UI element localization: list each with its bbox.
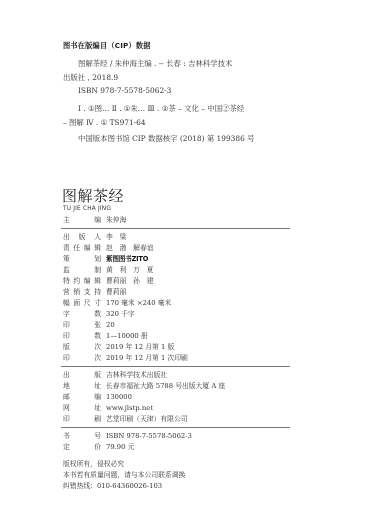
row-value: 320 千字 xyxy=(106,309,135,319)
row-label: 印 刷 xyxy=(63,414,101,424)
row-value: 曹莉丽 xyxy=(106,287,126,297)
row-value: 吉林科学技术出版社 xyxy=(106,370,167,380)
copyright-notice: 版权所有，侵权必究 xyxy=(63,458,124,468)
row-value: 2019 年 12 月第 1 版 xyxy=(106,342,174,352)
row-label: 网 址 xyxy=(63,403,101,413)
cip-classification-line: Ⅰ . ①图… Ⅱ . ①朱… Ⅲ . ①茶 – 文化 – 中国②茶经 xyxy=(78,103,244,114)
cip-heading: 图书在版编目（CIP）数据 xyxy=(63,41,151,51)
credit-row: 出 版 人李 梁 xyxy=(63,232,126,242)
row-label: 策 划 xyxy=(63,254,101,264)
cip-line: ISBN 978-7-5578-5062-3 xyxy=(78,86,171,95)
credit-row: 特约编辑曹莉丽 孙 建 xyxy=(63,276,154,286)
row-label: 书 号 xyxy=(63,431,101,441)
row-label: 幅面尺寸 xyxy=(63,298,101,308)
credit-row: 责任编辑赵 渤 解春谊 xyxy=(63,243,154,253)
row-label: 邮 编 xyxy=(63,392,101,402)
divider xyxy=(61,427,290,428)
website-value: www.jlstp.net xyxy=(106,403,153,413)
row-value: 长春市福祉大路 5788 号出版大厦 A 座 xyxy=(106,381,225,391)
row-value: 20 xyxy=(106,320,115,330)
row-value: 130000 xyxy=(106,392,132,402)
row-label: 责任编辑 xyxy=(63,243,101,253)
isbn-row: 书 号ISBN 978-7-5578-5062-3 xyxy=(63,431,192,441)
price-row: 定 价79.90 元 xyxy=(63,442,134,452)
row-label: 地 址 xyxy=(63,381,101,391)
row-label: 字 数 xyxy=(63,309,101,319)
quality-notice: 本书若有质量问题，请与本公司联系调换 xyxy=(63,469,185,479)
credit-row: 印 次2019 年 12 月第 1 次印刷 xyxy=(63,353,188,363)
book-title: 图解茶经 xyxy=(62,185,124,206)
divider xyxy=(61,228,290,229)
copyright-page: 图书在版编目（CIP）数据 图解茶经 / 朱仲海主编 . -- 长春 : 吉林科… xyxy=(0,0,375,529)
row-label: 出 版 人 xyxy=(63,232,101,242)
credit-row: 版 次2019 年 12 月第 1 版 xyxy=(63,342,174,352)
row-label: 版 次 xyxy=(63,342,101,352)
credit-row: 监 制黄 利 万 夏 xyxy=(63,265,154,275)
credit-row: 幅面尺寸170 毫米 ×240 毫米 xyxy=(63,298,171,308)
row-value: 1—10000 册 xyxy=(106,331,148,341)
row-label: 主 编 xyxy=(63,215,101,225)
row-value: 赵 渤 解春谊 xyxy=(106,243,154,253)
credit-row: 字 数320 千字 xyxy=(63,309,135,319)
row-label: 营销支持 xyxy=(63,287,101,297)
cip-line: 图解茶经 / 朱仲海主编 . -- 长春 : 吉林科学技术 xyxy=(78,58,232,69)
publisher-row: 出 版吉林科学技术出版社 xyxy=(63,370,167,380)
publisher-row: 网 址www.jlstp.net xyxy=(63,403,153,413)
credit-row: 印 数1—10000 册 xyxy=(63,331,148,341)
divider xyxy=(61,366,290,367)
row-value: 曹莉丽 孙 建 xyxy=(106,276,154,286)
credit-row: 策 划紫图图书ZITO xyxy=(63,254,148,264)
planner-logo: 紫图图书ZITO xyxy=(106,254,148,264)
row-value: 2019 年 12 月第 1 次印刷 xyxy=(106,353,188,363)
publisher-row: 印 刷艺堂印刷（天津）有限公司 xyxy=(63,414,188,424)
row-label: 定 价 xyxy=(63,442,101,452)
row-label: 监 制 xyxy=(63,265,101,275)
hotline: 纠错热线：010-64360026-103 xyxy=(63,480,162,490)
row-label: 印 张 xyxy=(63,320,101,330)
cip-line: 出版社 , 2018.9 xyxy=(63,72,118,83)
row-value: 170 毫米 ×240 毫米 xyxy=(106,298,171,308)
cip-classification-line: – 图解 Ⅳ . ① TS971-64 xyxy=(63,117,146,128)
editor-row: 主 编朱仲海 xyxy=(63,215,126,225)
credit-row: 印 张20 xyxy=(63,320,115,330)
row-value: 朱仲海 xyxy=(106,215,126,225)
row-label: 印 数 xyxy=(63,331,101,341)
row-label: 出 版 xyxy=(63,370,101,380)
row-value: 艺堂印刷（天津）有限公司 xyxy=(106,414,188,424)
isbn-value: ISBN 978-7-5578-5062-3 xyxy=(106,431,192,441)
publisher-row: 邮 编130000 xyxy=(63,392,132,402)
row-value: 李 梁 xyxy=(106,232,126,242)
row-value: 黄 利 万 夏 xyxy=(106,265,154,275)
row-label: 特约编辑 xyxy=(63,276,101,286)
row-label: 印 次 xyxy=(63,353,101,363)
price-value: 79.90 元 xyxy=(106,442,134,452)
credit-row: 营销支持曹莉丽 xyxy=(63,287,126,297)
book-pinyin: TU JIE CHA JING xyxy=(63,206,111,212)
cip-record-number: 中国版本图书馆 CIP 数据核字 (2018) 第 199386 号 xyxy=(78,133,255,144)
publisher-row: 地 址长春市福祉大路 5788 号出版大厦 A 座 xyxy=(63,381,225,391)
